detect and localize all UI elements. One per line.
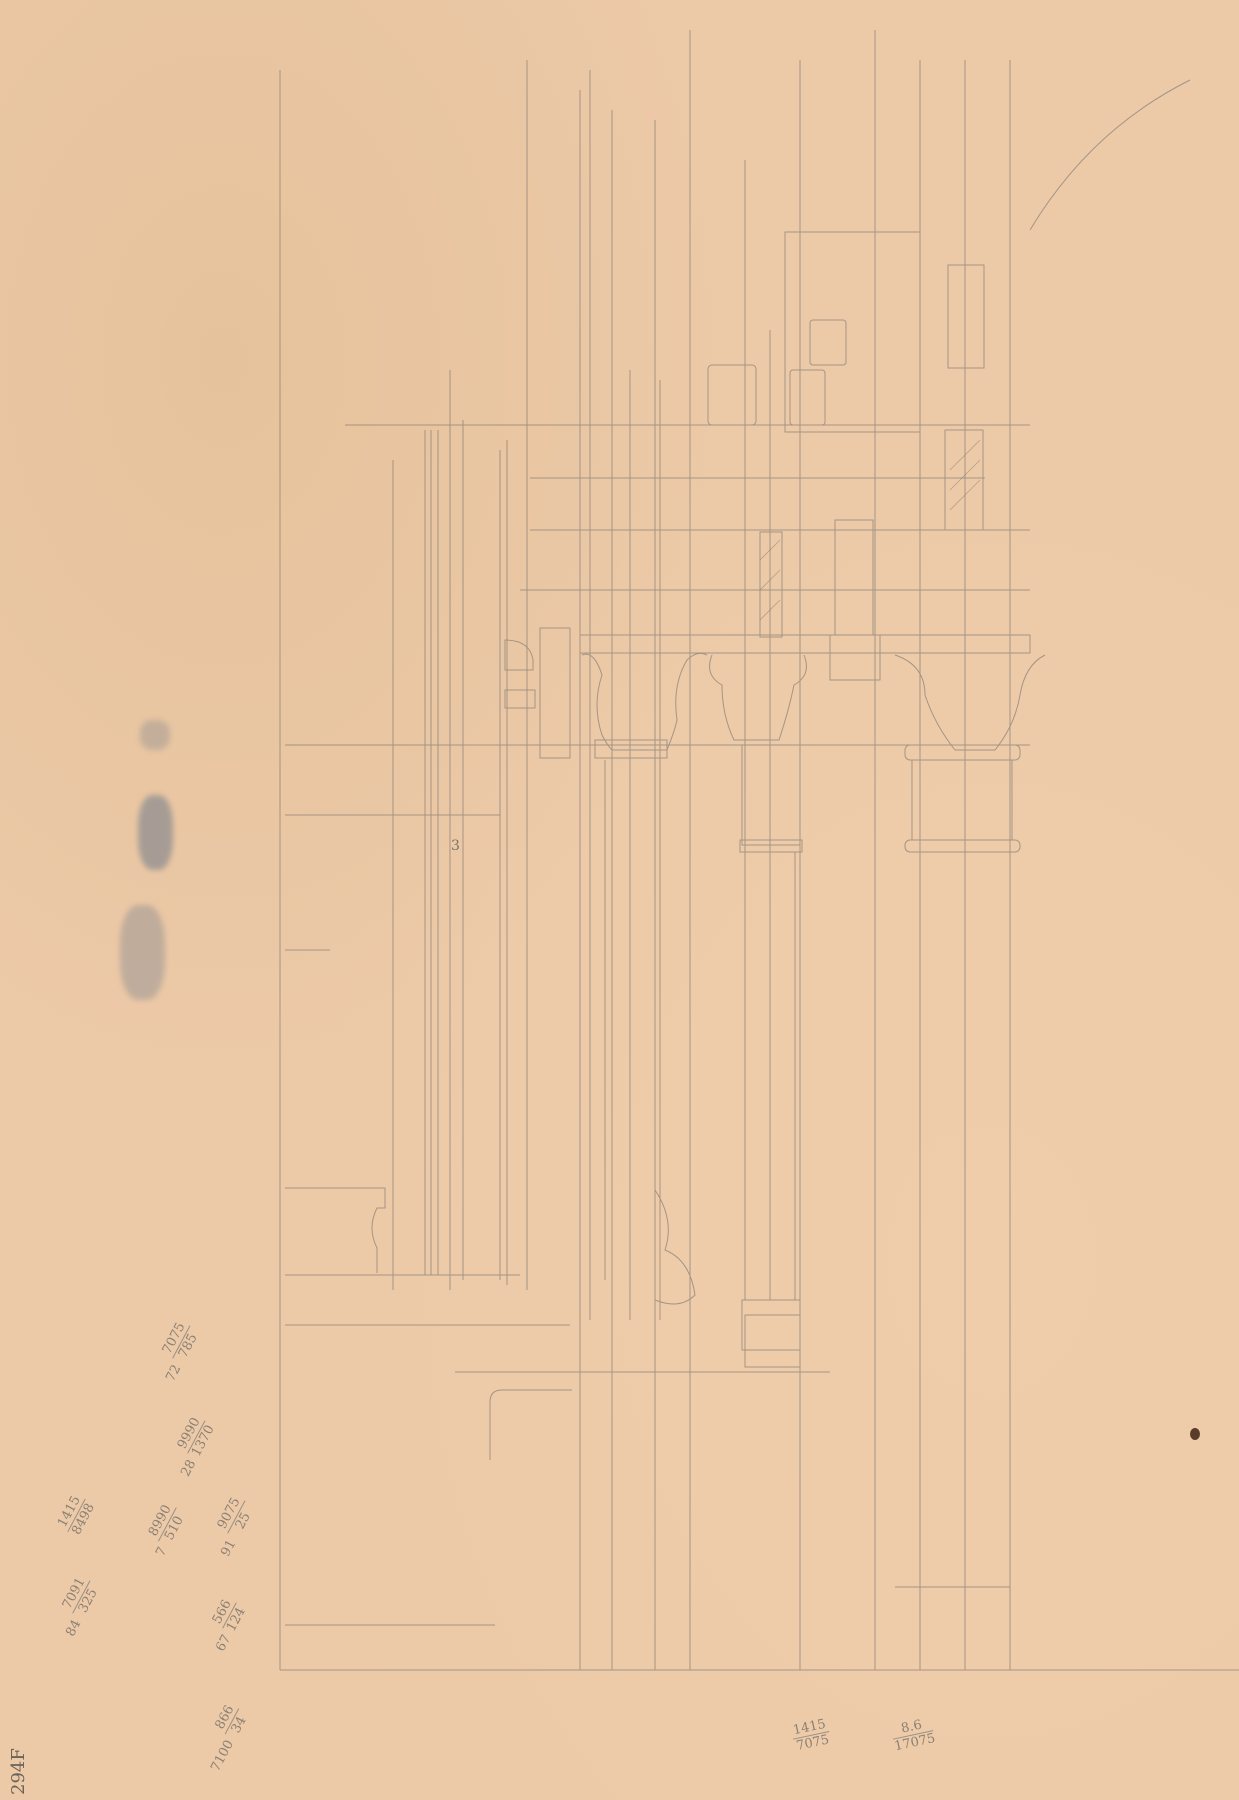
architectural-elevation-drawing (0, 0, 1239, 1800)
graphite-smudge (138, 795, 173, 870)
paper-hole (1190, 1428, 1200, 1440)
graphite-smudge (140, 720, 170, 750)
drawing-sheet: 3 294F 72 7075785 28 99901370 14158498 7… (0, 0, 1239, 1800)
calculation-note: 14157075 (790, 1717, 832, 1753)
graphite-smudge (120, 905, 165, 1000)
section-label: 3 (451, 838, 460, 854)
inventory-number: 294F (8, 1748, 29, 1795)
